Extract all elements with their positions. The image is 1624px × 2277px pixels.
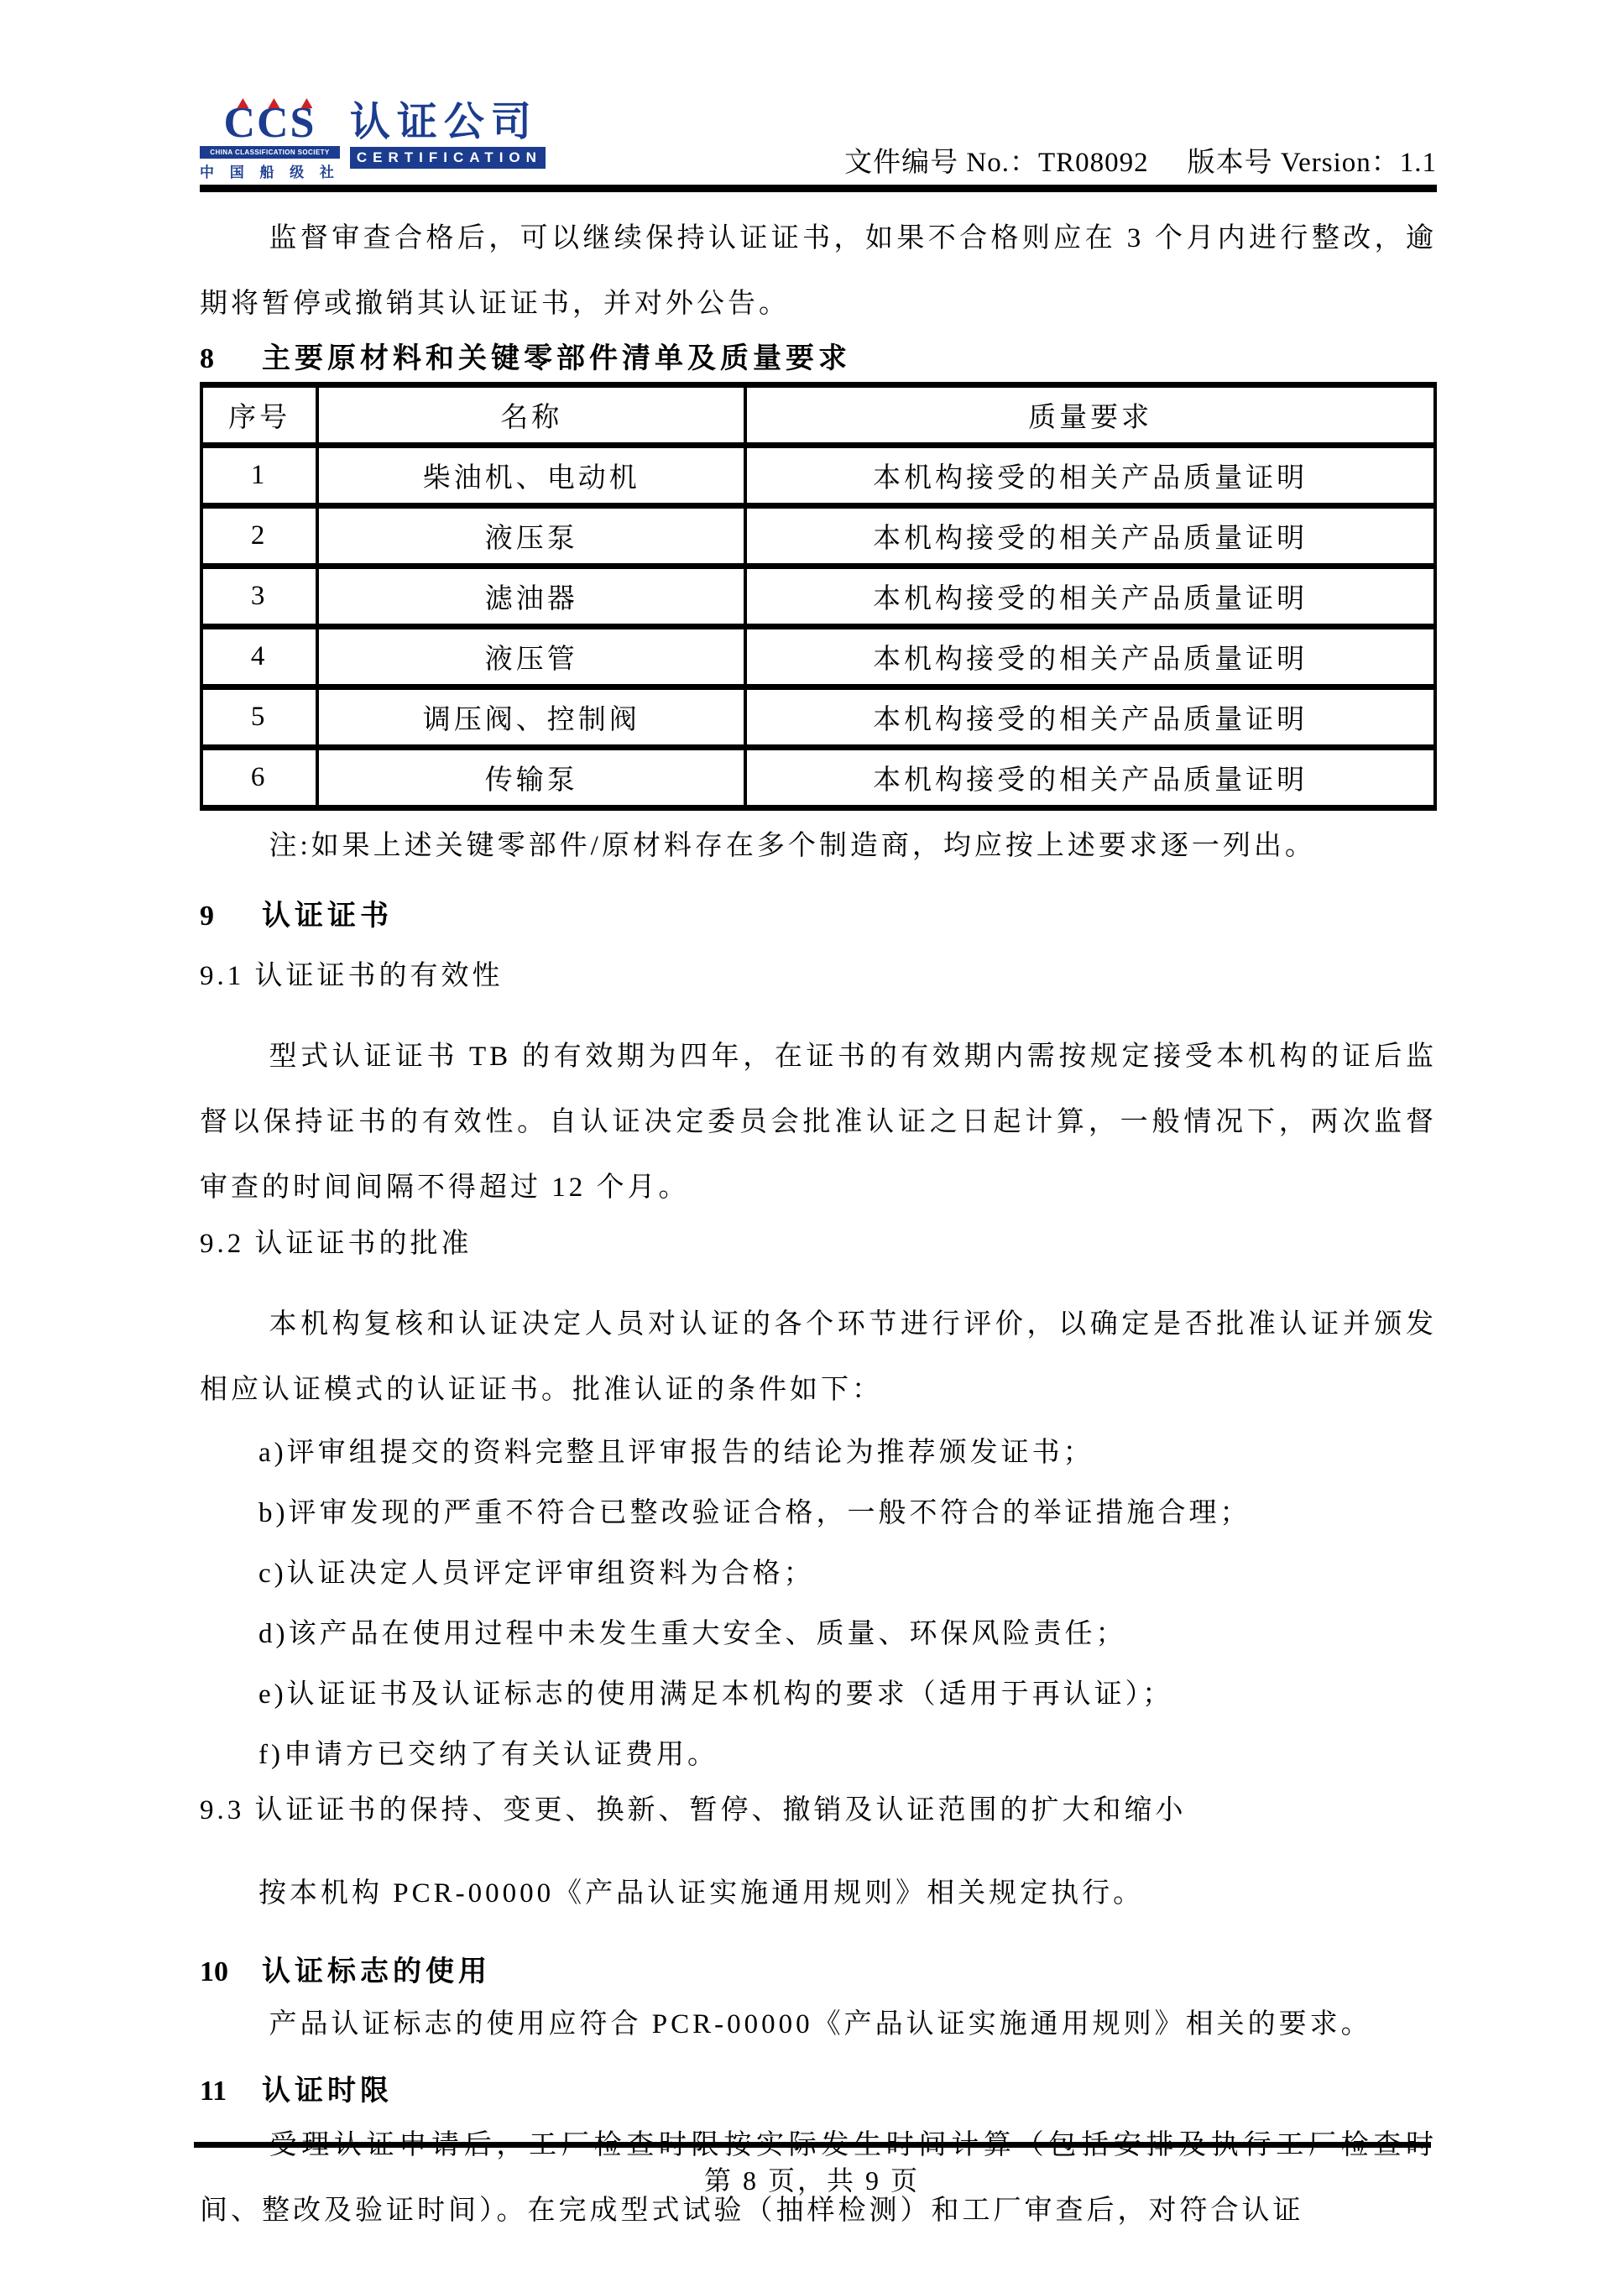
col-header-seq: 序号	[201, 385, 317, 446]
cell-seq: 1	[201, 446, 317, 506]
cell-name: 液压泵	[317, 506, 745, 567]
cell-name: 调压阀、控制阀	[317, 687, 745, 748]
section-9-1-heading: 9.1 认证证书的有效性	[200, 956, 1437, 996]
table-row: 5 调压阀、控制阀 本机构接受的相关产品质量证明	[201, 687, 1435, 748]
cell-name: 液压管	[317, 627, 745, 687]
ccs-wordmark: CCS	[223, 102, 316, 144]
section-11-heading: 11认证时限	[200, 2071, 1437, 2112]
section-9-title: 认证证书	[262, 901, 393, 932]
condition-item-b: b)评审发现的严重不符合已整改验证合格，一般不符合的举证措施合理；	[258, 1483, 1437, 1543]
condition-item-e: e)认证证书及认证标志的使用满足本机构的要求（适用于再认证）；	[258, 1664, 1437, 1725]
table-row: 6 传输泵 本机构接受的相关产品质量证明	[201, 748, 1435, 808]
cell-seq: 3	[201, 567, 317, 627]
cell-requirement: 本机构接受的相关产品质量证明	[745, 567, 1435, 627]
cell-requirement: 本机构接受的相关产品质量证明	[745, 687, 1435, 748]
section-11-title: 认证时限	[262, 2076, 393, 2107]
cell-seq: 5	[201, 687, 317, 748]
cell-seq: 4	[201, 627, 317, 687]
section-9-heading: 9认证证书	[200, 896, 1437, 937]
ccs-logo-right: 认证公司 CERTIFICATION	[350, 102, 546, 169]
section-9-2-heading: 9.2 认证证书的批准	[200, 1224, 1437, 1264]
section-8-heading: 8主要原材料和关键零部件清单及质量要求	[200, 338, 1437, 380]
page-number: 第 8 页，共 9 页	[0, 2159, 1624, 2198]
section-10-number: 10	[200, 1951, 262, 1993]
section-10-title: 认证标志的使用	[262, 1956, 491, 1987]
table-row: 4 液压管 本机构接受的相关产品质量证明	[201, 627, 1435, 687]
society-name-en: CHINA CLASSIFICATION SOCIETY	[200, 146, 340, 159]
cell-seq: 6	[201, 748, 317, 808]
document-meta: 文件编号 No.：TR08092版本号 Version：1.1	[844, 140, 1437, 181]
section-9-number: 9	[200, 896, 262, 937]
section-9-3-heading: 9.3 认证证书的保持、变更、换新、暂停、撤销及认证范围的扩大和缩小	[200, 1785, 1437, 1836]
document-number: 文件编号 No.：TR08092	[844, 148, 1149, 178]
section-9-3-paragraph: 按本机构 PCR-00000《产品认证实施通用规则》相关规定执行。	[258, 1863, 1437, 1924]
table-row: 1 柴油机、电动机 本机构接受的相关产品质量证明	[201, 446, 1435, 506]
footer-rule	[194, 2142, 1431, 2148]
condition-item-f: f)申请方已交纳了有关认证费用。	[258, 1725, 1437, 1785]
cell-requirement: 本机构接受的相关产品质量证明	[745, 748, 1435, 808]
section-10-paragraph: 产品认证标志的使用应符合 PCR-00000《产品认证实施通用规则》相关的要求。	[200, 1993, 1437, 2055]
cell-requirement: 本机构接受的相关产品质量证明	[745, 446, 1435, 506]
section-8-title: 主要原材料和关键零部件清单及质量要求	[262, 343, 851, 374]
table-note: 注:如果上述关键零部件/原材料存在多个制造商，均应按上述要求逐一列出。	[200, 824, 1437, 868]
society-name-cn: 中 国 船 级 社	[200, 160, 340, 181]
condition-item-a: a)评审组提交的资料完整且评审报告的结论为推荐颁发证书；	[258, 1423, 1437, 1483]
cell-requirement: 本机构接受的相关产品质量证明	[745, 506, 1435, 567]
table-row: 2 液压泵 本机构接受的相关产品质量证明	[201, 506, 1435, 567]
page-header: CCS CHINA CLASSIFICATION SOCIETY 中 国 船 级…	[200, 0, 1437, 181]
cell-name: 柴油机、电动机	[317, 446, 745, 506]
col-header-requirement: 质量要求	[745, 385, 1435, 446]
materials-table: 序号 名称 质量要求 1 柴油机、电动机 本机构接受的相关产品质量证明 2 液压…	[200, 382, 1437, 811]
section-9-2-paragraph: 本机构复核和认证决定人员对认证的各个环节进行评价，以确定是否批准认证并颁发相应认…	[200, 1292, 1437, 1423]
ccs-logo: CCS CHINA CLASSIFICATION SOCIETY 中 国 船 级…	[200, 102, 546, 181]
page-footer: 第 8 页，共 9 页	[0, 2142, 1624, 2198]
cell-name: 滤油器	[317, 567, 745, 627]
brand-name-en: CERTIFICATION	[350, 147, 546, 169]
approval-conditions-list: a)评审组提交的资料完整且评审报告的结论为推荐颁发证书； b)评审发现的严重不符…	[200, 1423, 1437, 1785]
intro-paragraph: 监督审查合格后，可以继续保持认证证书，如果不合格则应在 3 个月内进行整改，逾期…	[200, 206, 1437, 337]
col-header-name: 名称	[317, 385, 745, 446]
ccs-logo-left: CCS CHINA CLASSIFICATION SOCIETY 中 国 船 级…	[200, 102, 340, 181]
document-page: CCS CHINA CLASSIFICATION SOCIETY 中 国 船 级…	[0, 0, 1624, 2277]
header-rule	[200, 185, 1437, 192]
cell-seq: 2	[201, 506, 317, 567]
section-8-number: 8	[200, 338, 262, 380]
cell-name: 传输泵	[317, 748, 745, 808]
section-9-1-paragraph: 型式认证证书 TB 的有效期为四年，在证书的有效期内需按规定接受本机构的证后监督…	[200, 1024, 1437, 1220]
section-11-number: 11	[200, 2071, 262, 2112]
condition-item-c: c)认证决定人员评定评审组资料为合格；	[258, 1543, 1437, 1604]
section-10-heading: 10认证标志的使用	[200, 1951, 1437, 1993]
brand-name-cn: 认证公司	[350, 102, 546, 143]
table-header-row: 序号 名称 质量要求	[201, 385, 1435, 446]
cell-requirement: 本机构接受的相关产品质量证明	[745, 627, 1435, 687]
version-number: 版本号 Version：1.1	[1188, 148, 1437, 178]
table-row: 3 滤油器 本机构接受的相关产品质量证明	[201, 567, 1435, 627]
condition-item-d: d)该产品在使用过程中未发生重大安全、质量、环保风险责任；	[258, 1604, 1437, 1664]
